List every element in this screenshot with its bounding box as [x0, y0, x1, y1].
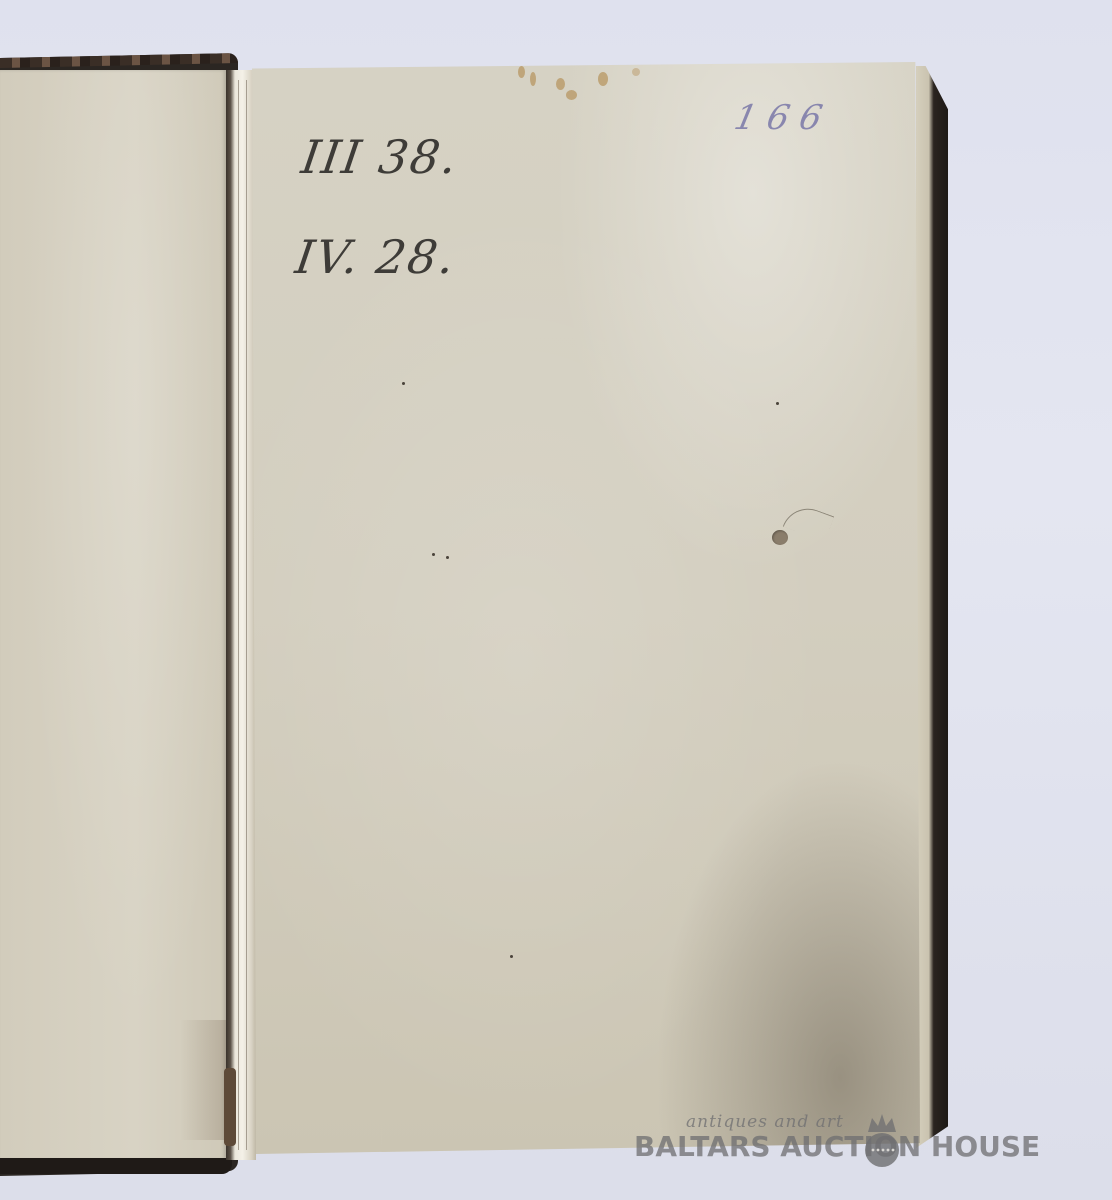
speck	[776, 402, 779, 405]
gutter-fold-line	[246, 80, 247, 1150]
book-photo: III 38. IV. 28. 1 6 6 antiques and art B…	[0, 0, 1112, 1200]
watermark-tagline: antiques and art	[686, 1112, 844, 1132]
auction-house-watermark: antiques and art BALTARS AUCTION HOUSE	[634, 1112, 1034, 1172]
foxing-spot	[632, 68, 640, 76]
page-edges-and-back-cover	[916, 66, 948, 1148]
speck	[446, 556, 449, 559]
book-gutter	[226, 70, 256, 1160]
paper-hole	[772, 530, 788, 545]
speck	[432, 553, 435, 556]
handwritten-note-1: III 38.	[298, 130, 462, 184]
right-page	[252, 62, 920, 1154]
speck	[402, 382, 405, 385]
watermark-name: BALTARS AUCTION HOUSE	[634, 1130, 1040, 1163]
spine-tear	[224, 1068, 236, 1146]
gutter-fold-line	[238, 80, 239, 1150]
foxing-spot	[598, 72, 608, 86]
marbled-cover-edge	[0, 53, 238, 68]
left-cover-bottom-edge	[0, 1158, 232, 1174]
crown-and-globe-icon	[862, 1112, 902, 1170]
foxing-spot	[556, 78, 565, 90]
foxing-spot	[530, 72, 536, 86]
pencil-note: 1 6 6	[731, 98, 826, 138]
handwritten-note-2: IV. 28.	[292, 230, 459, 284]
left-pastedown-page	[0, 70, 226, 1160]
foxing-spot	[518, 66, 525, 78]
foxing-spot	[566, 90, 577, 100]
gutter-stain	[180, 1020, 226, 1140]
speck	[510, 955, 513, 958]
